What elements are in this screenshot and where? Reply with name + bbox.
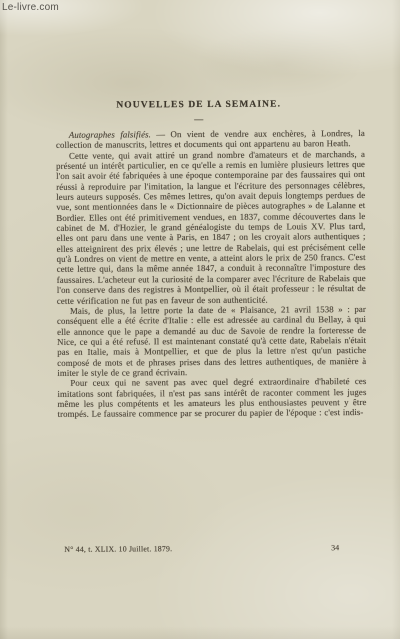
body-paragraph: Pour ceux qui ne savent pas avec quel de… [57,376,366,419]
body-paragraph: Cette vente, qui avait attiré un grand n… [56,149,366,306]
sheet-number: 34 [331,543,367,552]
lead-term: Autographes falsifiés. [69,129,151,140]
body-paragraph: Mais, de plus, la lettre porte la date d… [57,304,366,378]
title-divider: — [0,113,399,125]
article-body: Autographes falsifiés. — On vient de ven… [56,128,367,420]
page-footer: N° 44, t. XLIX. 10 Juillet. 1879. 34 [58,543,367,554]
page-content: NOUVELLES DE LA SEMAINE. — Autographes f… [0,0,400,639]
issue-reference: N° 44, t. XLIX. 10 Juillet. 1879. [58,544,172,554]
lead-paragraph: Autographes falsifiés. — On vient de ven… [56,128,365,151]
scanned-page: Le-livre.com NOUVELLES DE LA SEMAINE. — … [0,0,400,639]
article-title: NOUVELLES DE LA SEMAINE. [0,99,399,111]
